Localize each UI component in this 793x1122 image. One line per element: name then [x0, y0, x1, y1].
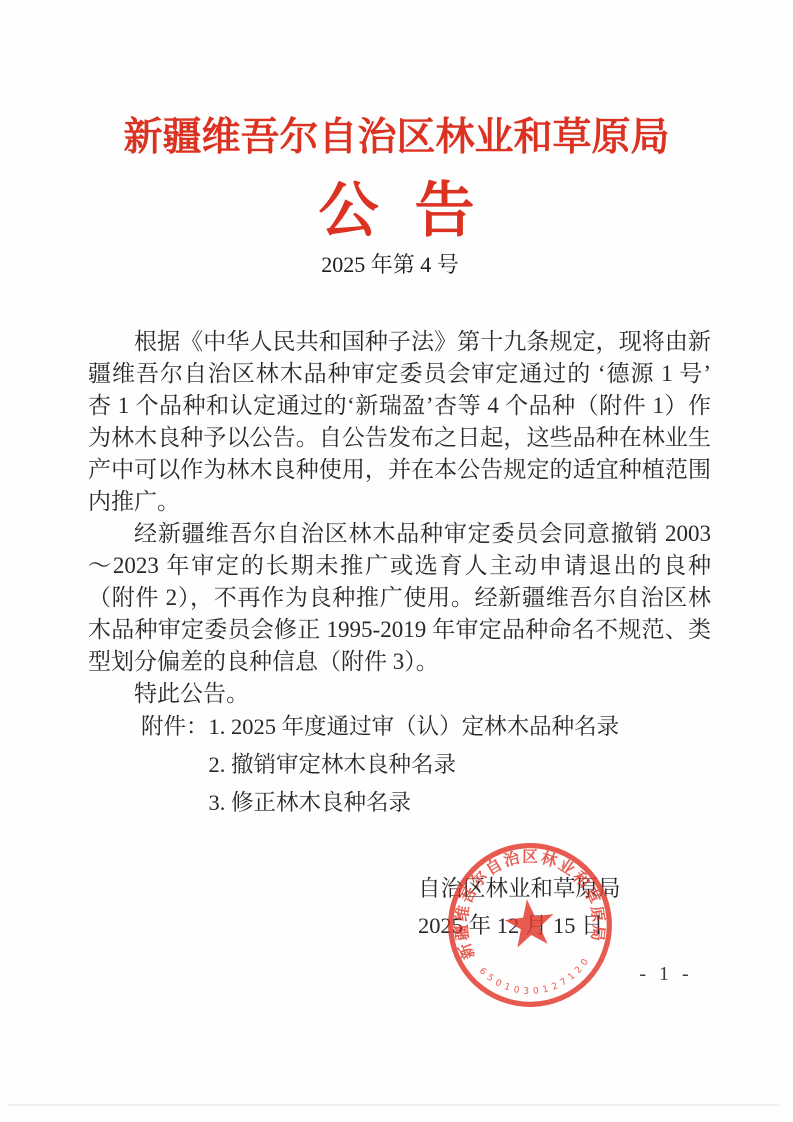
announcement-page: 新疆维吾尔自治区林业和草原局 公告 2025 年第 4 号 根据《中华人民共和国…	[0, 0, 793, 1122]
signature-agency: 自治区林业和草原局	[418, 871, 621, 908]
svg-text:6501030127120: 6501030127120	[476, 953, 597, 1003]
page-number: - 1 -	[596, 963, 736, 986]
signature-date: 2025 年 12 月 15 日	[418, 908, 621, 945]
seal-code: 6501030127120	[476, 953, 597, 1003]
scan-artifact-line	[8, 1104, 779, 1106]
attachment-item-1: 1. 2025 年度通过审（认）定林木品种名录	[209, 708, 620, 746]
paragraph-approval: 根据《中华人民共和国种子法》第十九条规定，现将由新疆维吾尔自治区林木品种审定委员…	[88, 326, 711, 518]
paragraph-revocation: 经新疆维吾尔自治区林木品种审定委员会同意撤销 2003～2023 年审定的长期未…	[88, 518, 711, 678]
attachments-list: 1. 2025 年度通过审（认）定林木品种名录 2. 撤销审定林木良种名录 3.…	[209, 708, 620, 822]
agency-title: 新疆维吾尔自治区林业和草原局	[0, 106, 793, 162]
doc-number: 2025 年第 4 号	[0, 248, 780, 279]
announcement-body: 根据《中华人民共和国种子法》第十九条规定，现将由新疆维吾尔自治区林木品种审定委员…	[88, 326, 711, 710]
attachment-item-2: 2. 撤销审定林木良种名录	[209, 746, 620, 784]
attachments-block: 附件： 1. 2025 年度通过审（认）定林木品种名录 2. 撤销审定林木良种名…	[141, 708, 619, 822]
attachments-label: 附件：	[141, 708, 209, 746]
attachment-item-3: 3. 修正林木良种名录	[209, 784, 620, 822]
signature-block: 自治区林业和草原局 2025 年 12 月 15 日	[418, 871, 621, 944]
doc-type-title: 公告	[0, 163, 793, 249]
closing-line: 特此公告。	[88, 678, 711, 710]
